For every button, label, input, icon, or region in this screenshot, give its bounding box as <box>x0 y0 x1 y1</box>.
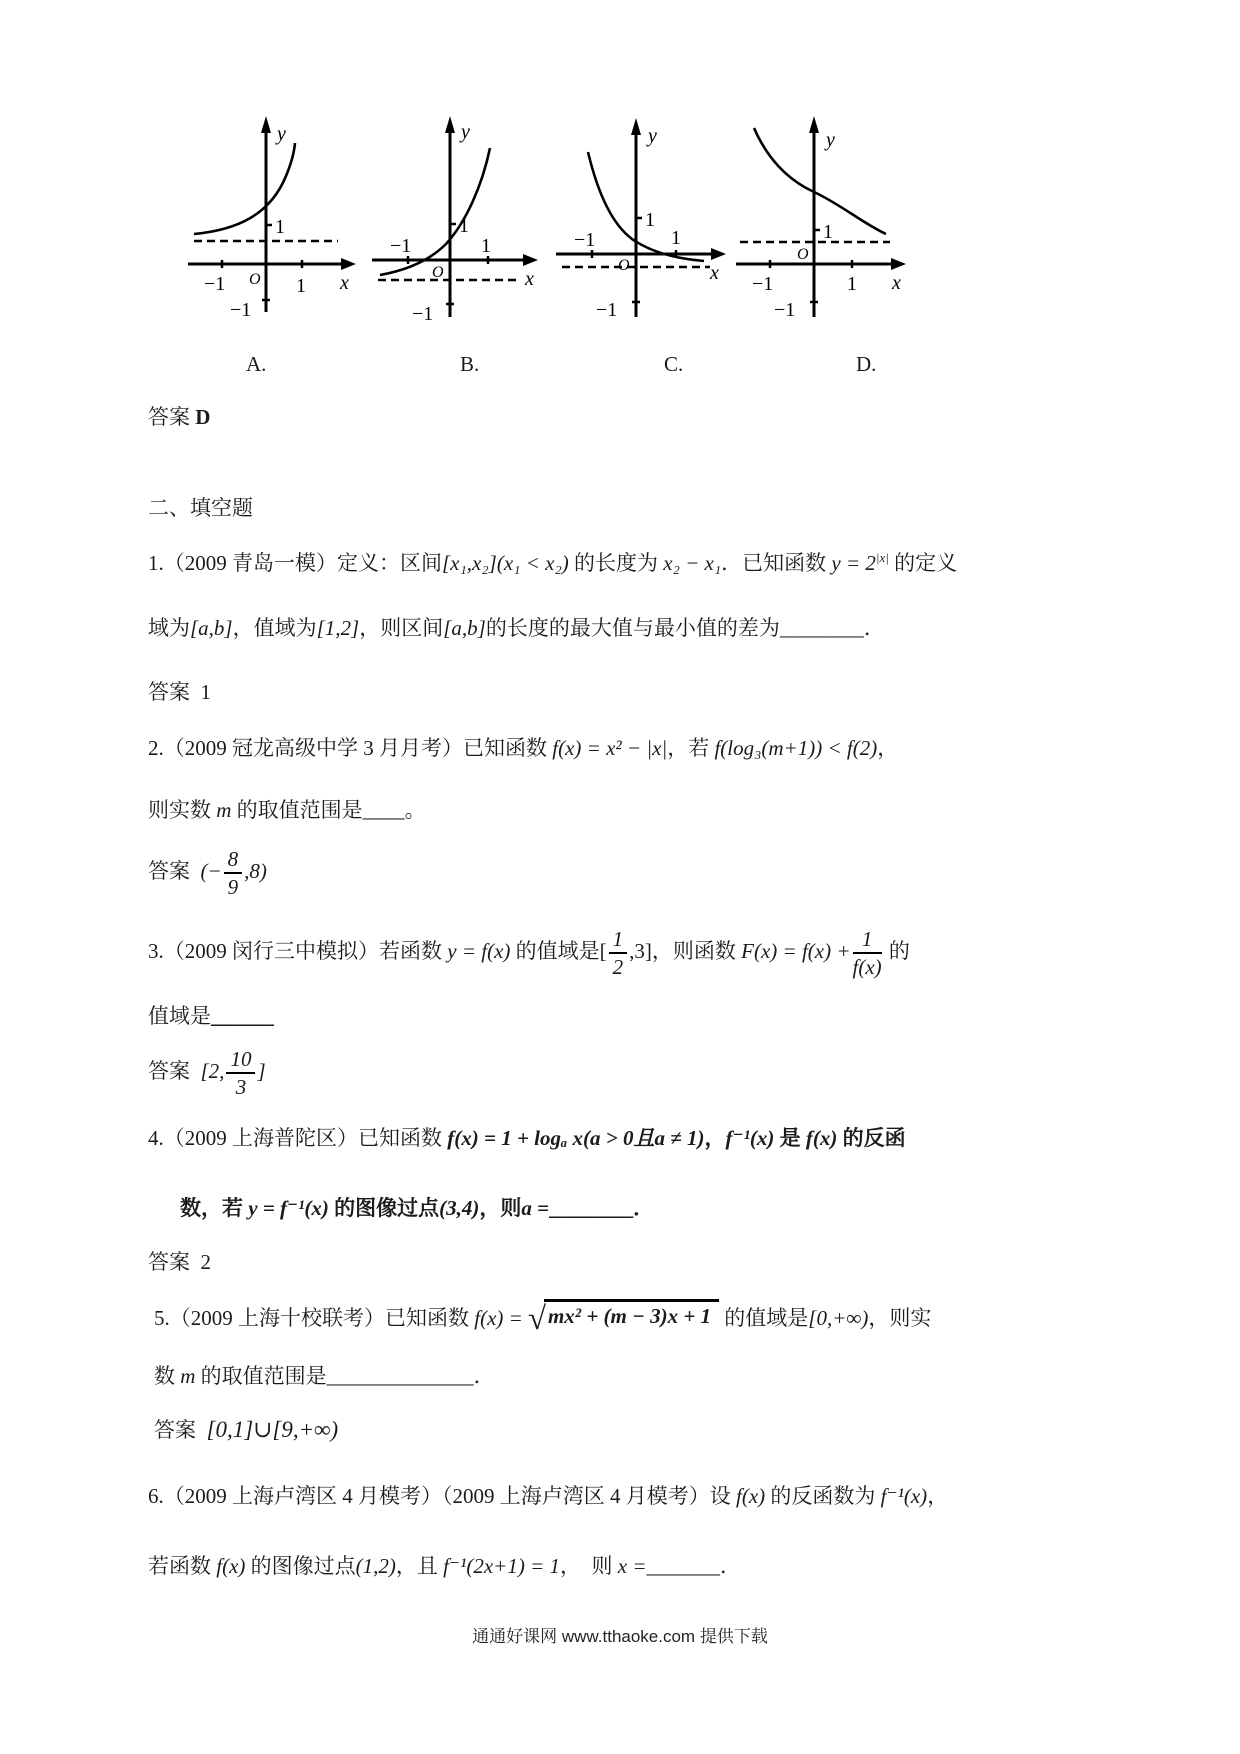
y-axis-label: y <box>275 123 286 145</box>
section-heading: 二、填空题 <box>148 494 253 522</box>
tick-x-1: 1 <box>296 275 306 297</box>
answer-label: 答案 <box>148 1059 190 1083</box>
text-run: 是 <box>774 1126 806 1150</box>
x-axis-arrow <box>341 258 356 270</box>
tick-y-1: 1 <box>275 216 285 238</box>
q3-line2: 值域是______ <box>148 1002 274 1030</box>
text-run: 的长度的最大值与最小值的差为 <box>486 616 780 640</box>
option-label-c: C. <box>664 352 683 377</box>
answer-blank: _______ <box>647 1554 721 1578</box>
text-run: 的取值范围是 <box>195 1364 326 1388</box>
math-run: x = <box>618 1554 647 1578</box>
text-run: ， 则 <box>560 1554 618 1578</box>
text-run: ． <box>474 1364 495 1388</box>
math-run: y = 2 <box>831 551 876 575</box>
text-run: 5.（2009 上海十校联考）已知函数 <box>154 1306 474 1330</box>
math-run: f⁻¹(x) <box>726 1126 775 1150</box>
q1-line1: 1.（2009 青岛一模）定义：区间[x₁,x₂](x₁ < x₂) 的长度为 … <box>148 549 957 577</box>
square-root: √mx² + (m − 3)x + 1 <box>528 1298 719 1342</box>
math-run: f⁻¹(2x+1) = 1 <box>443 1554 560 1578</box>
text-run: 的 <box>884 939 910 963</box>
fraction-numerator: 1 <box>853 928 882 954</box>
math-run: f(x) = x² − |x| <box>552 736 667 760</box>
math-run: f(log₃(m+1)) < f(2) <box>714 736 877 760</box>
answer-label: 答案 <box>148 405 190 429</box>
text-run: 的反函数为 <box>765 1484 881 1508</box>
q6-line2: 若函数 f(x) 的图像过点(1,2)，且 f⁻¹(2x+1) = 1， 则 x… <box>148 1552 741 1580</box>
math-run: f(x) = 1 + logₐ x(a > 0且a ≠ 1) <box>447 1126 704 1150</box>
x-axis-label: x <box>524 268 534 290</box>
y-axis-arrow <box>261 116 271 133</box>
answer-blank: ______ <box>211 1004 274 1028</box>
text-run: 若函数 <box>148 1554 216 1578</box>
text-run: 的值域是 <box>719 1306 808 1330</box>
text-run: ，且 <box>396 1554 443 1578</box>
math-run: [1,2] <box>317 616 360 640</box>
math-run: f(x) <box>806 1126 837 1150</box>
text-run: ，则实 <box>868 1306 931 1330</box>
math-run: (− <box>201 859 222 883</box>
text-run: ， <box>705 1126 726 1150</box>
math-run: a = <box>521 1196 549 1220</box>
text-run: ， <box>877 736 898 760</box>
math-run: f(x) <box>216 1554 245 1578</box>
q2-answer: 答案 (−89,8) <box>148 848 267 898</box>
text-run: 2.（2009 冠龙高级中学 3 月月考）已知函数 <box>148 736 552 760</box>
text-run: 则实数 <box>148 798 216 822</box>
document-page: y x O 1 −1 1 −1 y x O 1 −1 1 −1 <box>0 0 1240 1754</box>
q4-line1: 4.（2009 上海普陀区）已知函数 f(x) = 1 + logₐ x(a >… <box>148 1124 906 1152</box>
curve <box>754 128 886 234</box>
q1-line2: 域为[a,b]，值域为[1,2]，则区间[a,b]的长度的最大值与最小值的差为_… <box>148 614 885 642</box>
fraction: 1f(x) <box>853 928 882 978</box>
math-run: ,8) <box>244 859 267 883</box>
option-label-d: D. <box>856 352 876 377</box>
tick-x-neg1: −1 <box>574 229 595 251</box>
graph-option-b: y x O 1 −1 1 −1 <box>368 112 548 332</box>
choice-answer-line: 答案 D <box>148 403 210 431</box>
text-run: ， <box>927 1484 948 1508</box>
tick-x-1: 1 <box>481 235 491 257</box>
tick-y-neg1: −1 <box>596 299 617 321</box>
fraction-denominator: 9 <box>224 874 243 898</box>
superscript: |x| <box>876 550 889 565</box>
tick-y-1: 1 <box>459 215 469 237</box>
fraction: 12 <box>609 928 628 978</box>
q1-answer: 答案 1 <box>148 678 211 706</box>
q3-answer: 答案 [2,103] <box>148 1048 266 1098</box>
text-run: 的图像过点 <box>245 1554 355 1578</box>
text-run: 值域是 <box>148 1004 211 1028</box>
tick-y-neg1: −1 <box>774 299 795 321</box>
tick-y-1: 1 <box>823 221 833 243</box>
answer-value: [0,1]∪[9,+∞) <box>207 1417 339 1442</box>
answer-blank: ________ <box>549 1196 633 1220</box>
text-run: 数 <box>154 1364 180 1388</box>
text-run: ． <box>633 1196 654 1220</box>
text-run: 的图像过点 <box>329 1196 439 1220</box>
q3-line1: 3.（2009 闵行三中模拟）若函数 y = f(x) 的值域是[12,3]，则… <box>148 928 910 978</box>
tick-y-neg1: −1 <box>230 299 251 321</box>
curve <box>588 152 704 261</box>
math-run: f⁻¹(x) <box>881 1484 928 1508</box>
text-run: ，值域为 <box>233 616 317 640</box>
radical-sign: √ <box>528 1301 544 1337</box>
answer-value: D <box>195 405 210 429</box>
text-run: 的值域是[ <box>510 939 606 963</box>
text-run: 数，若 <box>180 1196 248 1220</box>
answer-value: 2 <box>201 1250 212 1274</box>
text-run: 4.（2009 上海普陀区）已知函数 <box>148 1126 447 1150</box>
y-axis-label: y <box>824 129 835 151</box>
text-run: ，若 <box>667 736 714 760</box>
answer-label: 答案 <box>148 680 190 704</box>
q2-line1: 2.（2009 冠龙高级中学 3 月月考）已知函数 f(x) = x² − |x… <box>148 734 898 762</box>
math-run: y = f(x) <box>447 939 510 963</box>
answer-blank: ________ <box>780 616 864 640</box>
tick-x-neg1: −1 <box>390 235 411 257</box>
q5-answer: 答案 [0,1]∪[9,+∞) <box>154 1414 338 1445</box>
y-axis-label: y <box>646 125 657 147</box>
fraction-denominator: 2 <box>609 954 628 978</box>
x-axis-label: x <box>339 272 349 294</box>
origin-label: O <box>432 264 444 281</box>
q4-line2: 数，若 y = f⁻¹(x) 的图像过点(3,4)，则a =________． <box>180 1194 654 1222</box>
page-footer: 通通好课网 www.tthaoke.com 提供下载 <box>0 1622 1240 1647</box>
graph-option-a: y x O 1 −1 1 −1 <box>182 112 362 332</box>
answer-blank: ____ <box>363 798 405 822</box>
text-run: 的定义 <box>889 551 957 575</box>
x-axis-label: x <box>891 272 901 294</box>
fraction-numerator: 1 <box>609 928 628 954</box>
text-run: 3.（2009 闵行三中模拟）若函数 <box>148 939 447 963</box>
origin-label: O <box>797 246 809 263</box>
fraction-numerator: 8 <box>224 848 243 874</box>
graph-option-d: y x O 1 −1 1 −1 <box>732 112 912 332</box>
answer-value: 1 <box>201 680 212 704</box>
text-run: 的取值范围是 <box>231 798 362 822</box>
math-run: m <box>180 1364 195 1388</box>
origin-label: O <box>249 271 261 288</box>
text-run: ，则区间 <box>359 616 443 640</box>
math-run: (1,2) <box>356 1554 396 1578</box>
fraction: 103 <box>226 1048 255 1098</box>
text-run: 。 <box>405 798 426 822</box>
q5-line1: 5.（2009 上海十校联考）已知函数 f(x) = √mx² + (m − 3… <box>154 1298 931 1342</box>
answer-label: 答案 <box>148 859 190 883</box>
text-run: 的长度为 <box>569 551 664 575</box>
fraction-denominator: f(x) <box>853 954 882 978</box>
text-run: ．已知函数 <box>721 551 831 575</box>
q6-line1: 6.（2009 上海卢湾区 4 月模考）（2009 上海卢湾区 4 月模考）设 … <box>148 1482 948 1510</box>
math-run: f(x) = <box>474 1306 528 1330</box>
fraction: 89 <box>224 848 243 898</box>
math-run: [a,b] <box>443 616 486 640</box>
text-run: ． <box>864 616 885 640</box>
text-run: 6.（2009 上海卢湾区 4 月模考）（2009 上海卢湾区 4 月模考）设 <box>148 1484 736 1508</box>
text-run: ，则 <box>479 1196 521 1220</box>
fraction-denominator: 3 <box>226 1074 255 1098</box>
graph-option-c: y x O 1 −1 1 −1 <box>552 112 732 332</box>
answer-label: 答案 <box>148 1250 190 1274</box>
q5-line2: 数 m 的取值范围是______________． <box>154 1362 495 1390</box>
q4-answer: 答案 2 <box>148 1248 211 1276</box>
option-label-b: B. <box>460 352 479 377</box>
tick-y-1: 1 <box>645 209 655 231</box>
option-label-a: A. <box>246 352 266 377</box>
tick-x-neg1: −1 <box>752 273 773 295</box>
math-run: [2, <box>201 1059 225 1083</box>
x-axis-label: x <box>709 262 719 284</box>
math-run: m <box>216 798 231 822</box>
answer-label: 答案 <box>154 1418 196 1442</box>
math-run: [0,+∞) <box>808 1306 868 1330</box>
math-run: (3,4) <box>439 1196 479 1220</box>
tick-y-neg1: −1 <box>412 303 433 325</box>
math-run: y = f⁻¹(x) <box>248 1196 329 1220</box>
text-run: 的反函 <box>837 1126 905 1150</box>
math-run: [x₁,x₂](x₁ < x₂) <box>442 551 569 575</box>
text-run: 1.（2009 青岛一模）定义：区间 <box>148 551 442 575</box>
tick-x-1: 1 <box>847 273 857 295</box>
text-run: ,3]，则函数 <box>629 939 741 963</box>
math-run: F(x) = f(x) + <box>741 939 850 963</box>
fraction-numerator: 10 <box>226 1048 255 1074</box>
tick-x-neg1: −1 <box>204 273 225 295</box>
math-run: f(x) <box>736 1484 765 1508</box>
math-run: x₂ − x₁ <box>663 551 721 575</box>
answer-blank: ______________ <box>327 1364 474 1388</box>
tick-x-1: 1 <box>671 227 681 249</box>
y-axis-label: y <box>459 121 470 143</box>
math-run: ] <box>257 1059 265 1083</box>
text-run: 域为 <box>148 616 190 640</box>
radicand: mx² + (m − 3)x + 1 <box>544 1299 719 1328</box>
origin-label: O <box>618 257 630 274</box>
text-run: ． <box>720 1554 741 1578</box>
math-run: [a,b] <box>190 616 233 640</box>
q2-line2: 则实数 m 的取值范围是____。 <box>148 796 426 824</box>
